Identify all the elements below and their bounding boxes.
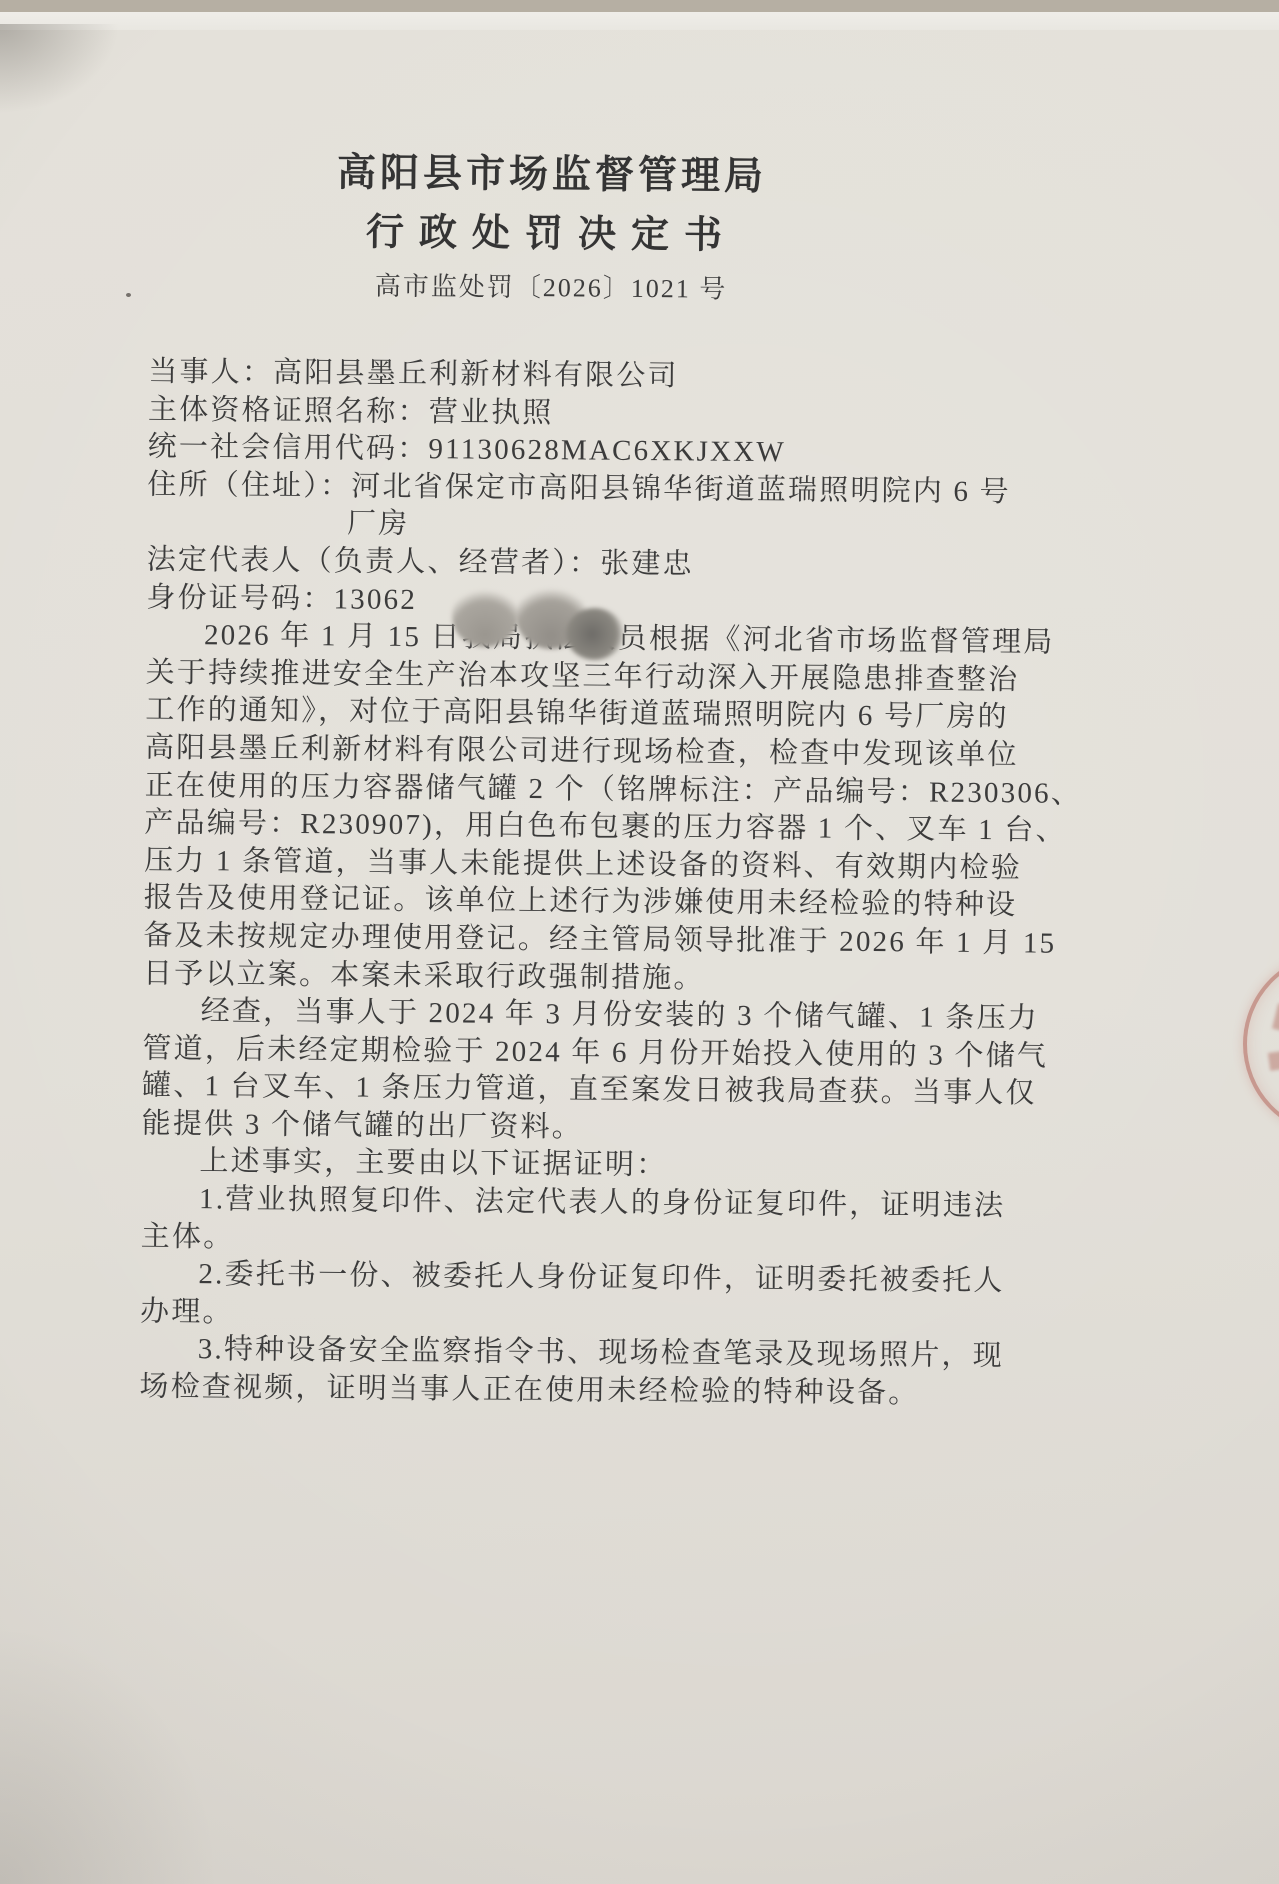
text-line: 场检查视频，证明当事人正在使用未经检验的特种设备。 (139, 1369, 1019, 1414)
blur-mark-icon (566, 608, 624, 660)
seal-character-smudge (1268, 1051, 1279, 1071)
document-type-title: 行政处罚决定书 (111, 205, 991, 263)
document-number: 高市监处罚〔2026〕1021 号 (111, 267, 991, 309)
page-rotation-layer: 高阳县市场监督管理局 行政处罚决定书 高市监处罚〔2026〕1021 号 当事人… (0, 0, 1279, 1884)
document-body: 当事人：高阳县墨丘利新材料有限公司主体资格证照名称：营业执照统一社会信用代码：9… (139, 354, 1028, 1414)
penalty-decision-document: 高阳县市场监督管理局 行政处罚决定书 高市监处罚〔2026〕1021 号 当事人… (139, 146, 1030, 1414)
seal-character-smudge (1272, 1003, 1279, 1031)
blur-mark-icon (452, 585, 518, 647)
document-header: 高阳县市场监督管理局 行政处罚决定书 高市监处罚〔2026〕1021 号 (111, 145, 992, 309)
document-photo: 高阳县市场监督管理局 行政处罚决定书 高市监处罚〔2026〕1021 号 当事人… (0, 0, 1279, 1884)
text-line: 2.委托书一份、被委托人身份证复印件，证明委托被委托人 (140, 1256, 1020, 1301)
text-line: 1.营业执照复印件、法定代表人的身份证复印件，证明违法 (141, 1181, 1021, 1226)
agency-title: 高阳县市场监督管理局 (112, 145, 992, 205)
